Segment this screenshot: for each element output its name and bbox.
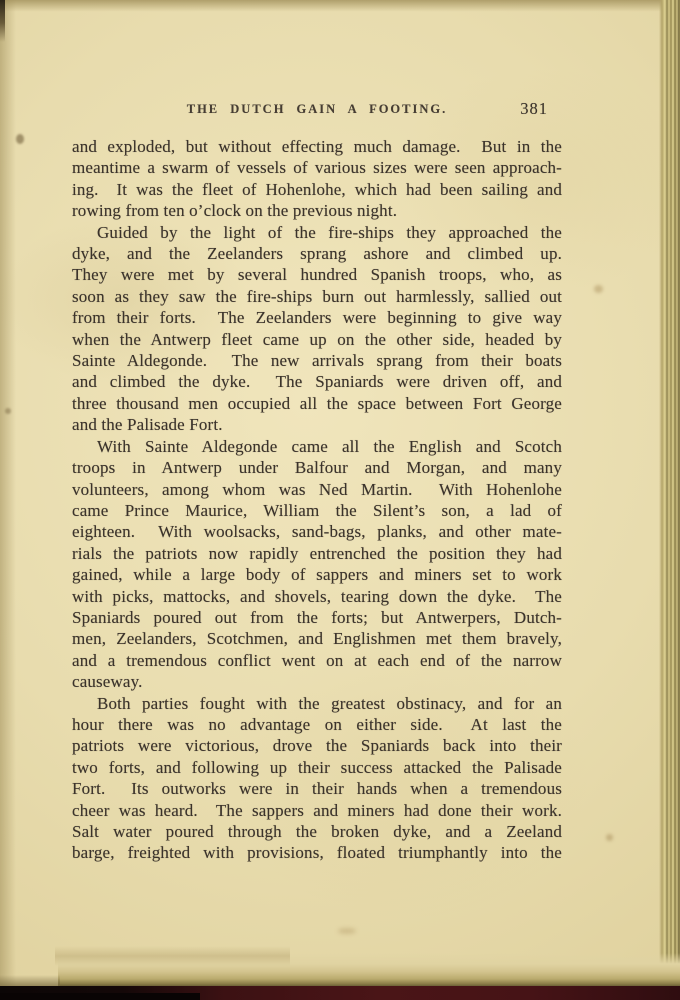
page-curve-shadow xyxy=(55,946,290,966)
page-number: 381 xyxy=(520,99,548,119)
running-head-title: THE DUTCH GAIN A FOOTING. xyxy=(72,102,562,117)
text-line: two forts, and following up their succes… xyxy=(72,757,562,778)
text-line: and climbed the dyke. The Spaniards were… xyxy=(72,371,562,392)
text-line: dyke, and the Zeelanders sprang ashore a… xyxy=(72,243,562,264)
text-line: meantime a swarm of vessels of various s… xyxy=(72,157,562,178)
text-body: and exploded, but without effecting much… xyxy=(72,136,562,864)
text-line: and exploded, but without effecting much… xyxy=(72,136,562,157)
cover-dark-edge xyxy=(0,993,200,1000)
text-line: They were met by several hundred Spanish… xyxy=(72,264,562,285)
text-line: Fort. Its outworks were in their hands w… xyxy=(72,778,562,799)
text-line: gained, while a large body of sappers an… xyxy=(72,564,562,585)
text-line: three thousand men occupied all the spac… xyxy=(72,393,562,414)
paragraph: With Sainte Aldegonde came all the Engli… xyxy=(72,436,562,693)
text-line: With Sainte Aldegonde came all the Engli… xyxy=(72,436,562,457)
paragraph: Guided by the light of the fire-ships th… xyxy=(72,222,562,436)
text-line: patriots were victorious, drove the Span… xyxy=(72,735,562,756)
text-line: Sainte Aldegonde. The new arrivals spran… xyxy=(72,350,562,371)
text-line: from their forts. The Zeelanders were be… xyxy=(72,307,562,328)
text-line: Both parties fought with the greatest ob… xyxy=(72,693,562,714)
text-line: rowing from ten o’clock on the previous … xyxy=(72,200,562,221)
text-line: rials the patriots now rapidly entrenche… xyxy=(72,543,562,564)
text-line: Salt water poured through the broken dyk… xyxy=(72,821,562,842)
text-line: came Prince Maurice, William the Silent’… xyxy=(72,500,562,521)
text-line: Guided by the light of the fire-ships th… xyxy=(72,222,562,243)
paragraph: Both parties fought with the greatest ob… xyxy=(72,693,562,864)
text-line: Spaniards poured out from the forts; but… xyxy=(72,607,562,628)
fore-edge-page-stack xyxy=(659,0,680,988)
text-line: when the Antwerp fleet came up on the ot… xyxy=(72,329,562,350)
page-top-edge-shadow xyxy=(0,0,680,13)
text-line: ing. It was the fleet of Hohenlohe, whic… xyxy=(72,179,562,200)
text-line: with picks, mattocks, and shovels, teari… xyxy=(72,586,562,607)
text-line: troops in Antwerp under Balfour and Morg… xyxy=(72,457,562,478)
text-line: hour there was no advantage on either si… xyxy=(72,714,562,735)
book-page-scan: THE DUTCH GAIN A FOOTING. 381 and explod… xyxy=(0,0,680,1000)
text-line: cheer was heard. The sappers and miners … xyxy=(72,800,562,821)
text-line: barge, freighted with provisions, floate… xyxy=(72,842,562,863)
text-line: and a tremendous conflict went on at eac… xyxy=(72,650,562,671)
text-line: men, Zeelanders, Scotchmen, and Englishm… xyxy=(72,628,562,649)
text-line: causeway. xyxy=(72,671,562,692)
binding-shadow xyxy=(0,0,5,42)
text-line: soon as they saw the fire-ships burn out… xyxy=(72,286,562,307)
text-line: volunteers, among whom was Ned Martin. W… xyxy=(72,479,562,500)
running-head-row: THE DUTCH GAIN A FOOTING. 381 xyxy=(72,102,562,122)
page-left-edge-shadow xyxy=(0,0,16,1000)
text-line: and the Palisade Fort. xyxy=(72,414,562,435)
paragraph: and exploded, but without effecting much… xyxy=(72,136,562,222)
text-line: eighteen. With woolsacks, sand-bags, pla… xyxy=(72,521,562,542)
